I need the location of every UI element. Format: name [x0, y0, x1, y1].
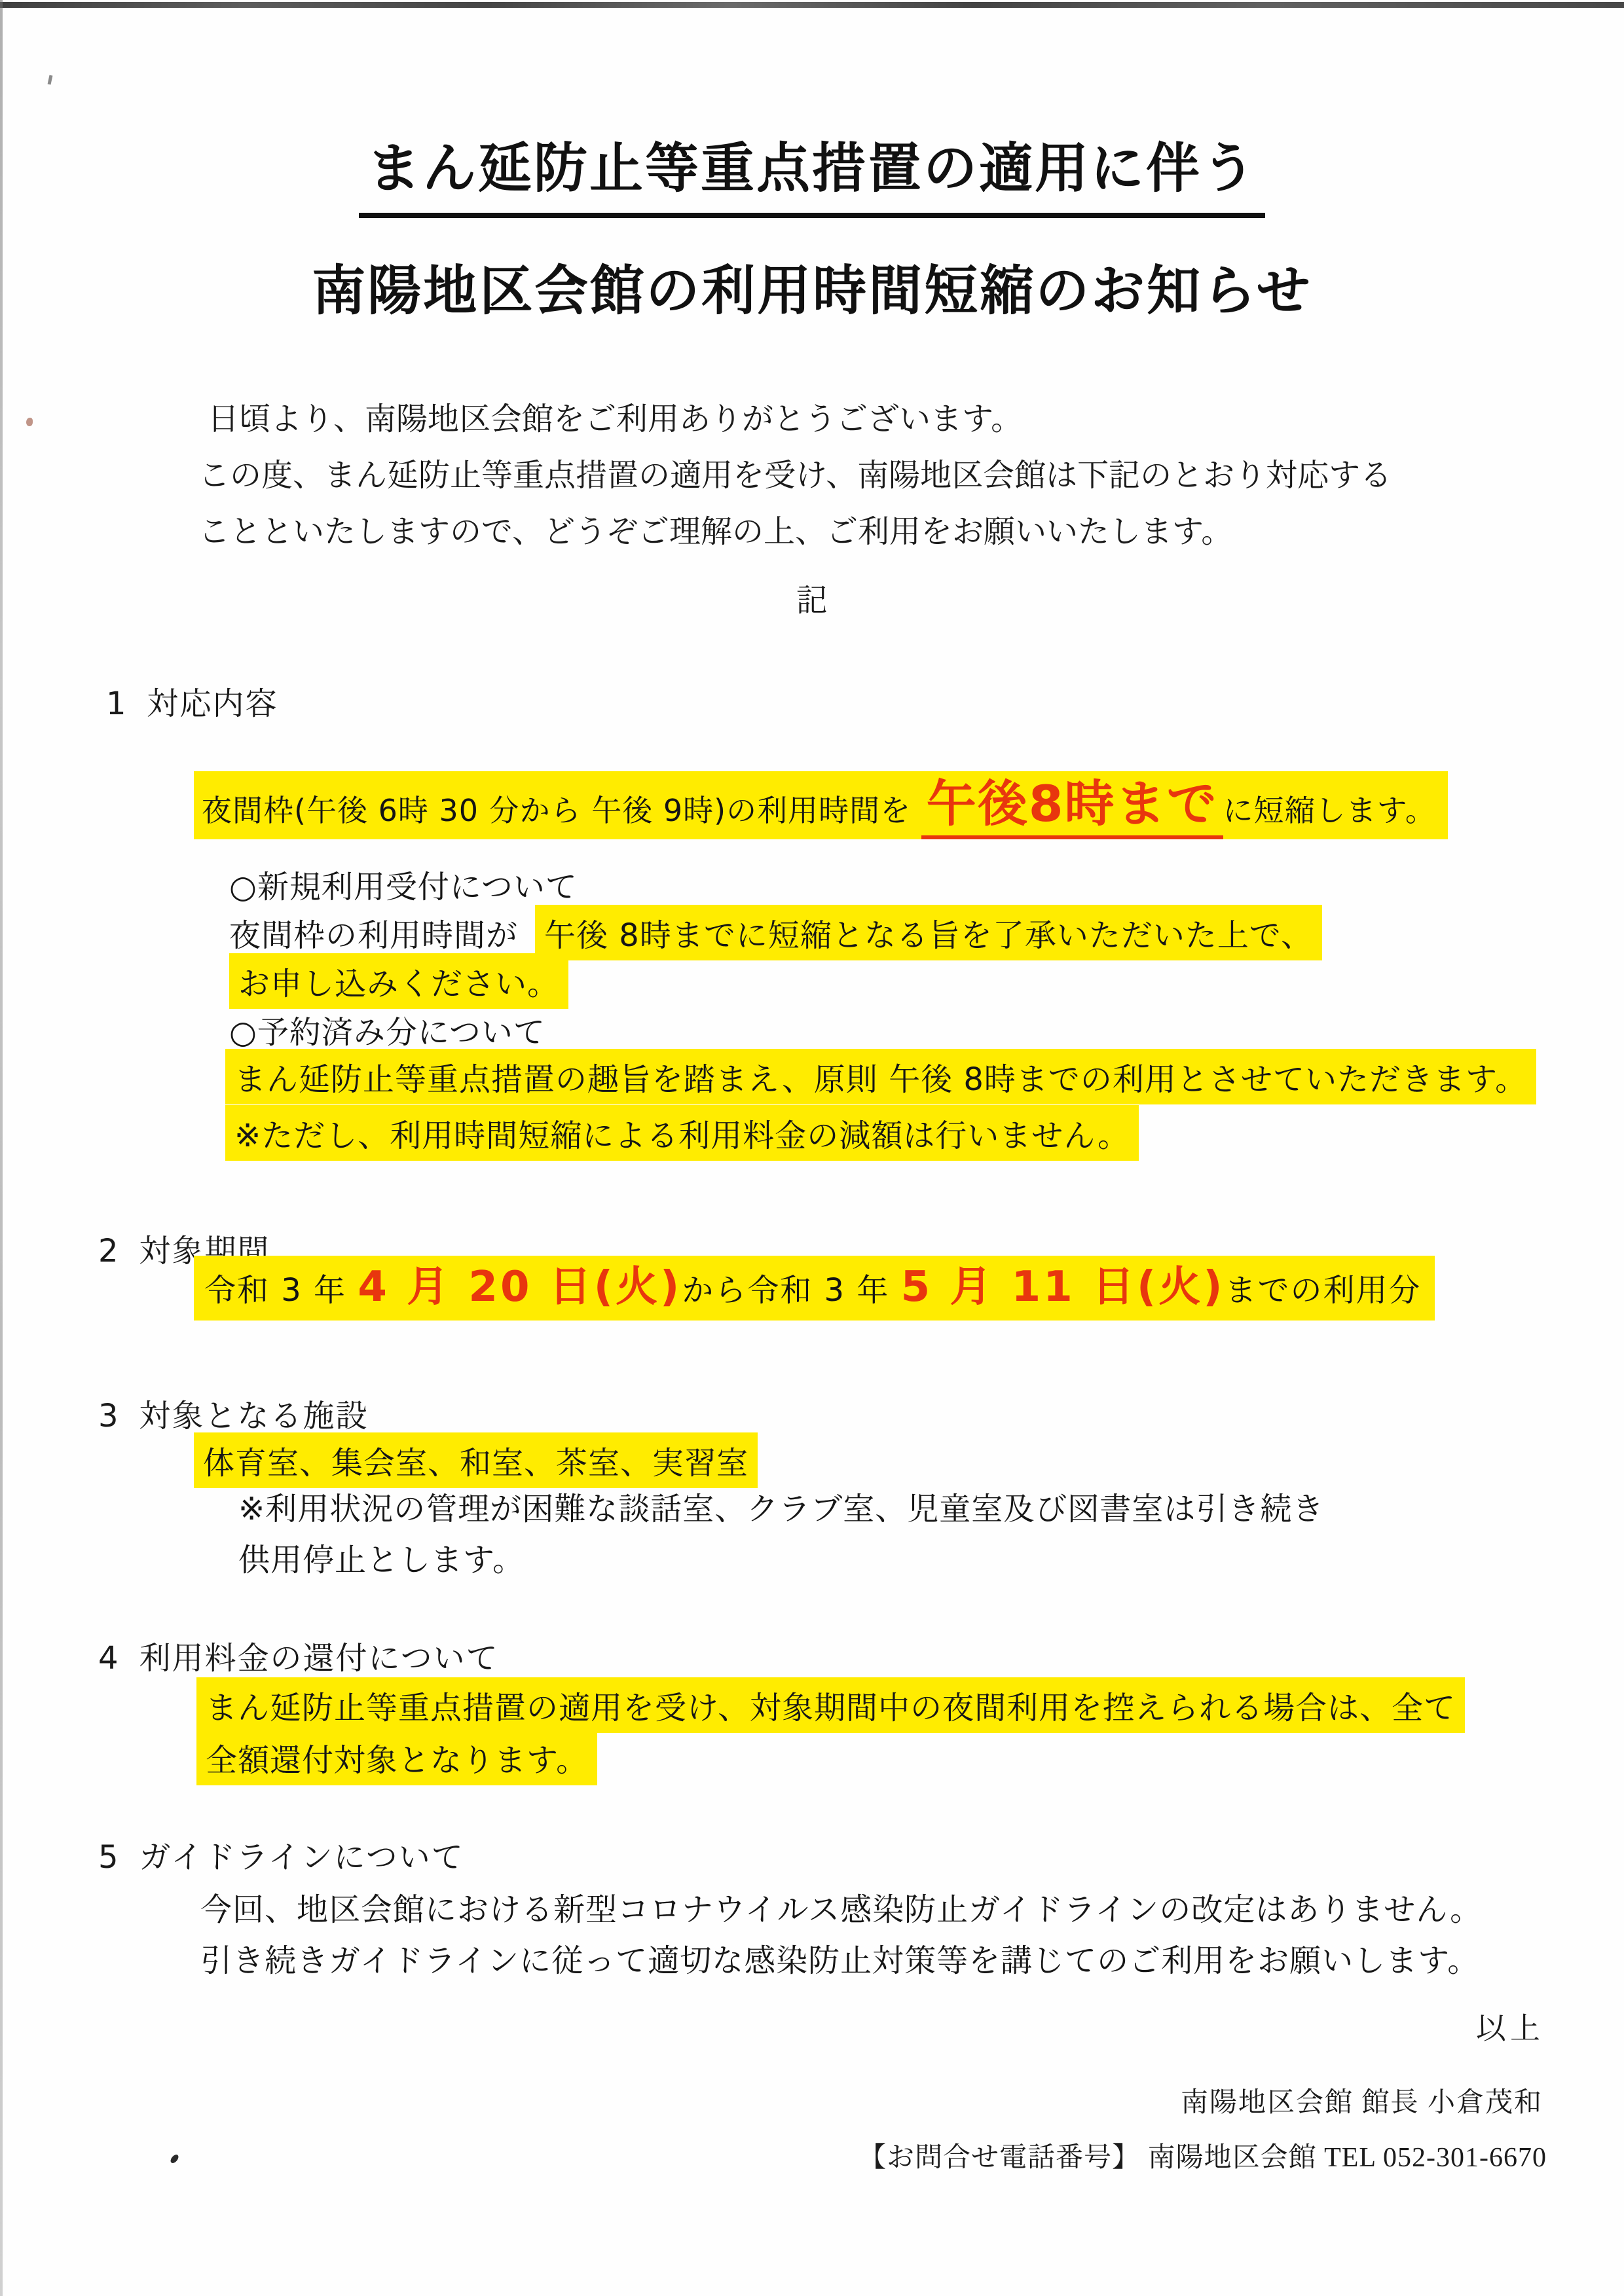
section-2-number: 2: [98, 1233, 120, 1269]
section-5-heading: 5ガイドラインについて: [98, 1832, 464, 1877]
section-4-number: 4: [98, 1640, 120, 1677]
document-title-line1: まん延防止等重点措置の適用に伴う: [359, 126, 1265, 218]
section-5-title: ガイドラインについて: [139, 1839, 464, 1876]
period-part1: 令和 3 年: [204, 1272, 358, 1309]
refund-line2: 全額還付対象となります。: [196, 1730, 597, 1785]
approval-highlight: 午後 8時までに短縮となる旨を了承いただいた上で、: [535, 905, 1322, 960]
approval-line: 夜間枠の利用時間が午後 8時までに短縮となる旨を了承いただいた上で、: [229, 905, 1322, 960]
scan-edge-left: [0, 0, 3, 2296]
main-reduction-emphasis: 午後8時まで: [921, 774, 1223, 839]
section-1-heading: 1対応内容: [106, 678, 278, 723]
period-part2: から令和 3 年: [682, 1272, 900, 1309]
no-discount-highlight: ※ただし、利用時間短縮による利用料金の減額は行いません。: [225, 1105, 1139, 1161]
section-3-number: 3: [98, 1398, 120, 1434]
section-1-number: 1: [106, 685, 128, 722]
highlight-main-reduction: 夜間枠(午後 6時 30 分から 午後 9時)の利用時間を 午後8時までに短縮し…: [194, 771, 1448, 839]
document-title-line2: 南陽地区会館の利用時間短縮のお知らせ: [0, 248, 1624, 325]
refund-highlight1: まん延防止等重点措置の適用を受け、対象期間中の夜間利用を控えられる場合は、全て: [196, 1677, 1465, 1733]
facilities-note-line2: 供用停止とします。: [238, 1535, 525, 1580]
document-title: まん延防止等重点措置の適用に伴う 南陽地区会館の利用時間短縮のお知らせ: [0, 126, 1624, 325]
scan-speck: [169, 2153, 180, 2164]
guideline-line2: 引き続きガイドラインに従って適切な感染防止対策等を講じてのご利用をお願いします。: [200, 1935, 1479, 1980]
approval-plain-text: 夜間枠の利用時間が: [229, 917, 518, 954]
period-part3: までの利用分: [1225, 1272, 1422, 1309]
section-5-number: 5: [98, 1839, 120, 1876]
record-marker: 記: [0, 575, 1624, 620]
section-4-title: 利用料金の還付について: [139, 1640, 499, 1677]
main-reduction-post: に短縮します。: [1223, 793, 1436, 828]
greeting-line: ことといたしますので、どうぞご理解の上、ご利用をお願いいたします。: [198, 504, 1392, 560]
new-applications-label: ○新規利用受付について: [229, 862, 578, 907]
section-4-heading: 4利用料金の還付について: [98, 1633, 499, 1678]
closing-marker: 以上: [1476, 2005, 1544, 2048]
reserved-label: ○予約済み分について: [229, 1007, 545, 1052]
target-period-line: 令和 3 年 4 月 20 日(火)から令和 3 年 5 月 11 日(火)まで…: [194, 1256, 1435, 1321]
period-start-date: 4 月 20 日(火): [358, 1263, 682, 1311]
contact-line: 【お問合せ電話番号】 南陽地区会館 TEL 052-301-6670: [858, 2136, 1547, 2175]
period-end-date: 5 月 11 日(火): [901, 1263, 1225, 1311]
main-reduction-pre: 夜間枠(午後 6時 30 分から 午後 9時)の利用時間を: [202, 793, 921, 828]
signature-line: 南陽地区会館 館長 小倉茂和: [1181, 2081, 1543, 2120]
facilities-note-line1: ※利用状況の管理が困難な談話室、クラブ室、児童室及び図書室は引き続き: [238, 1484, 1324, 1529]
refund-highlight2: 全額還付対象となります。: [196, 1730, 597, 1785]
reserved-policy-highlight: まん延防止等重点措置の趣旨を踏まえ、原則 午後 8時までの利用とさせていただきま…: [225, 1049, 1536, 1104]
no-discount-line: ※ただし、利用時間短縮による利用料金の減額は行いません。: [225, 1105, 1139, 1161]
greeting-paragraph: 日頃より、南陽地区会館をご利用ありがとうございます。 この度、まん延防止等重点措…: [198, 392, 1392, 560]
scanned-notice-page: まん延防止等重点措置の適用に伴う 南陽地区会館の利用時間短縮のお知らせ 日頃より…: [0, 0, 1624, 2296]
target-period-highlight: 令和 3 年 4 月 20 日(火)から令和 3 年 5 月 11 日(火)まで…: [194, 1256, 1435, 1321]
apply-highlight: お申し込みください。: [229, 953, 568, 1009]
facilities-highlight: 体育室、集会室、和室、茶室、実習室: [194, 1432, 758, 1488]
guideline-line1: 今回、地区会館における新型コロナウイルス感染防止ガイドラインの改定はありません。: [200, 1884, 1482, 1929]
section-1-main-line: 夜間枠(午後 6時 30 分から 午後 9時)の利用時間を 午後8時までに短縮し…: [194, 771, 1448, 839]
greeting-line: この度、まん延防止等重点措置の適用を受け、南陽地区会館は下記のとおり対応する: [198, 448, 1392, 504]
section-1-title: 対応内容: [147, 685, 278, 722]
scan-speck: [26, 418, 33, 426]
apply-line: お申し込みください。: [229, 953, 568, 1009]
refund-line1: まん延防止等重点措置の適用を受け、対象期間中の夜間利用を控えられる場合は、全て: [196, 1677, 1465, 1733]
reserved-policy-line: まん延防止等重点措置の趣旨を踏まえ、原則 午後 8時までの利用とさせていただきま…: [225, 1049, 1536, 1104]
section-3-heading: 3対象となる施設: [98, 1391, 369, 1436]
scan-edge-top: [0, 2, 1624, 8]
greeting-line: 日頃より、南陽地区会館をご利用ありがとうございます。: [198, 392, 1392, 448]
facilities-line: 体育室、集会室、和室、茶室、実習室: [194, 1432, 758, 1488]
scan-speck: [48, 75, 53, 85]
section-3-title: 対象となる施設: [139, 1398, 369, 1434]
